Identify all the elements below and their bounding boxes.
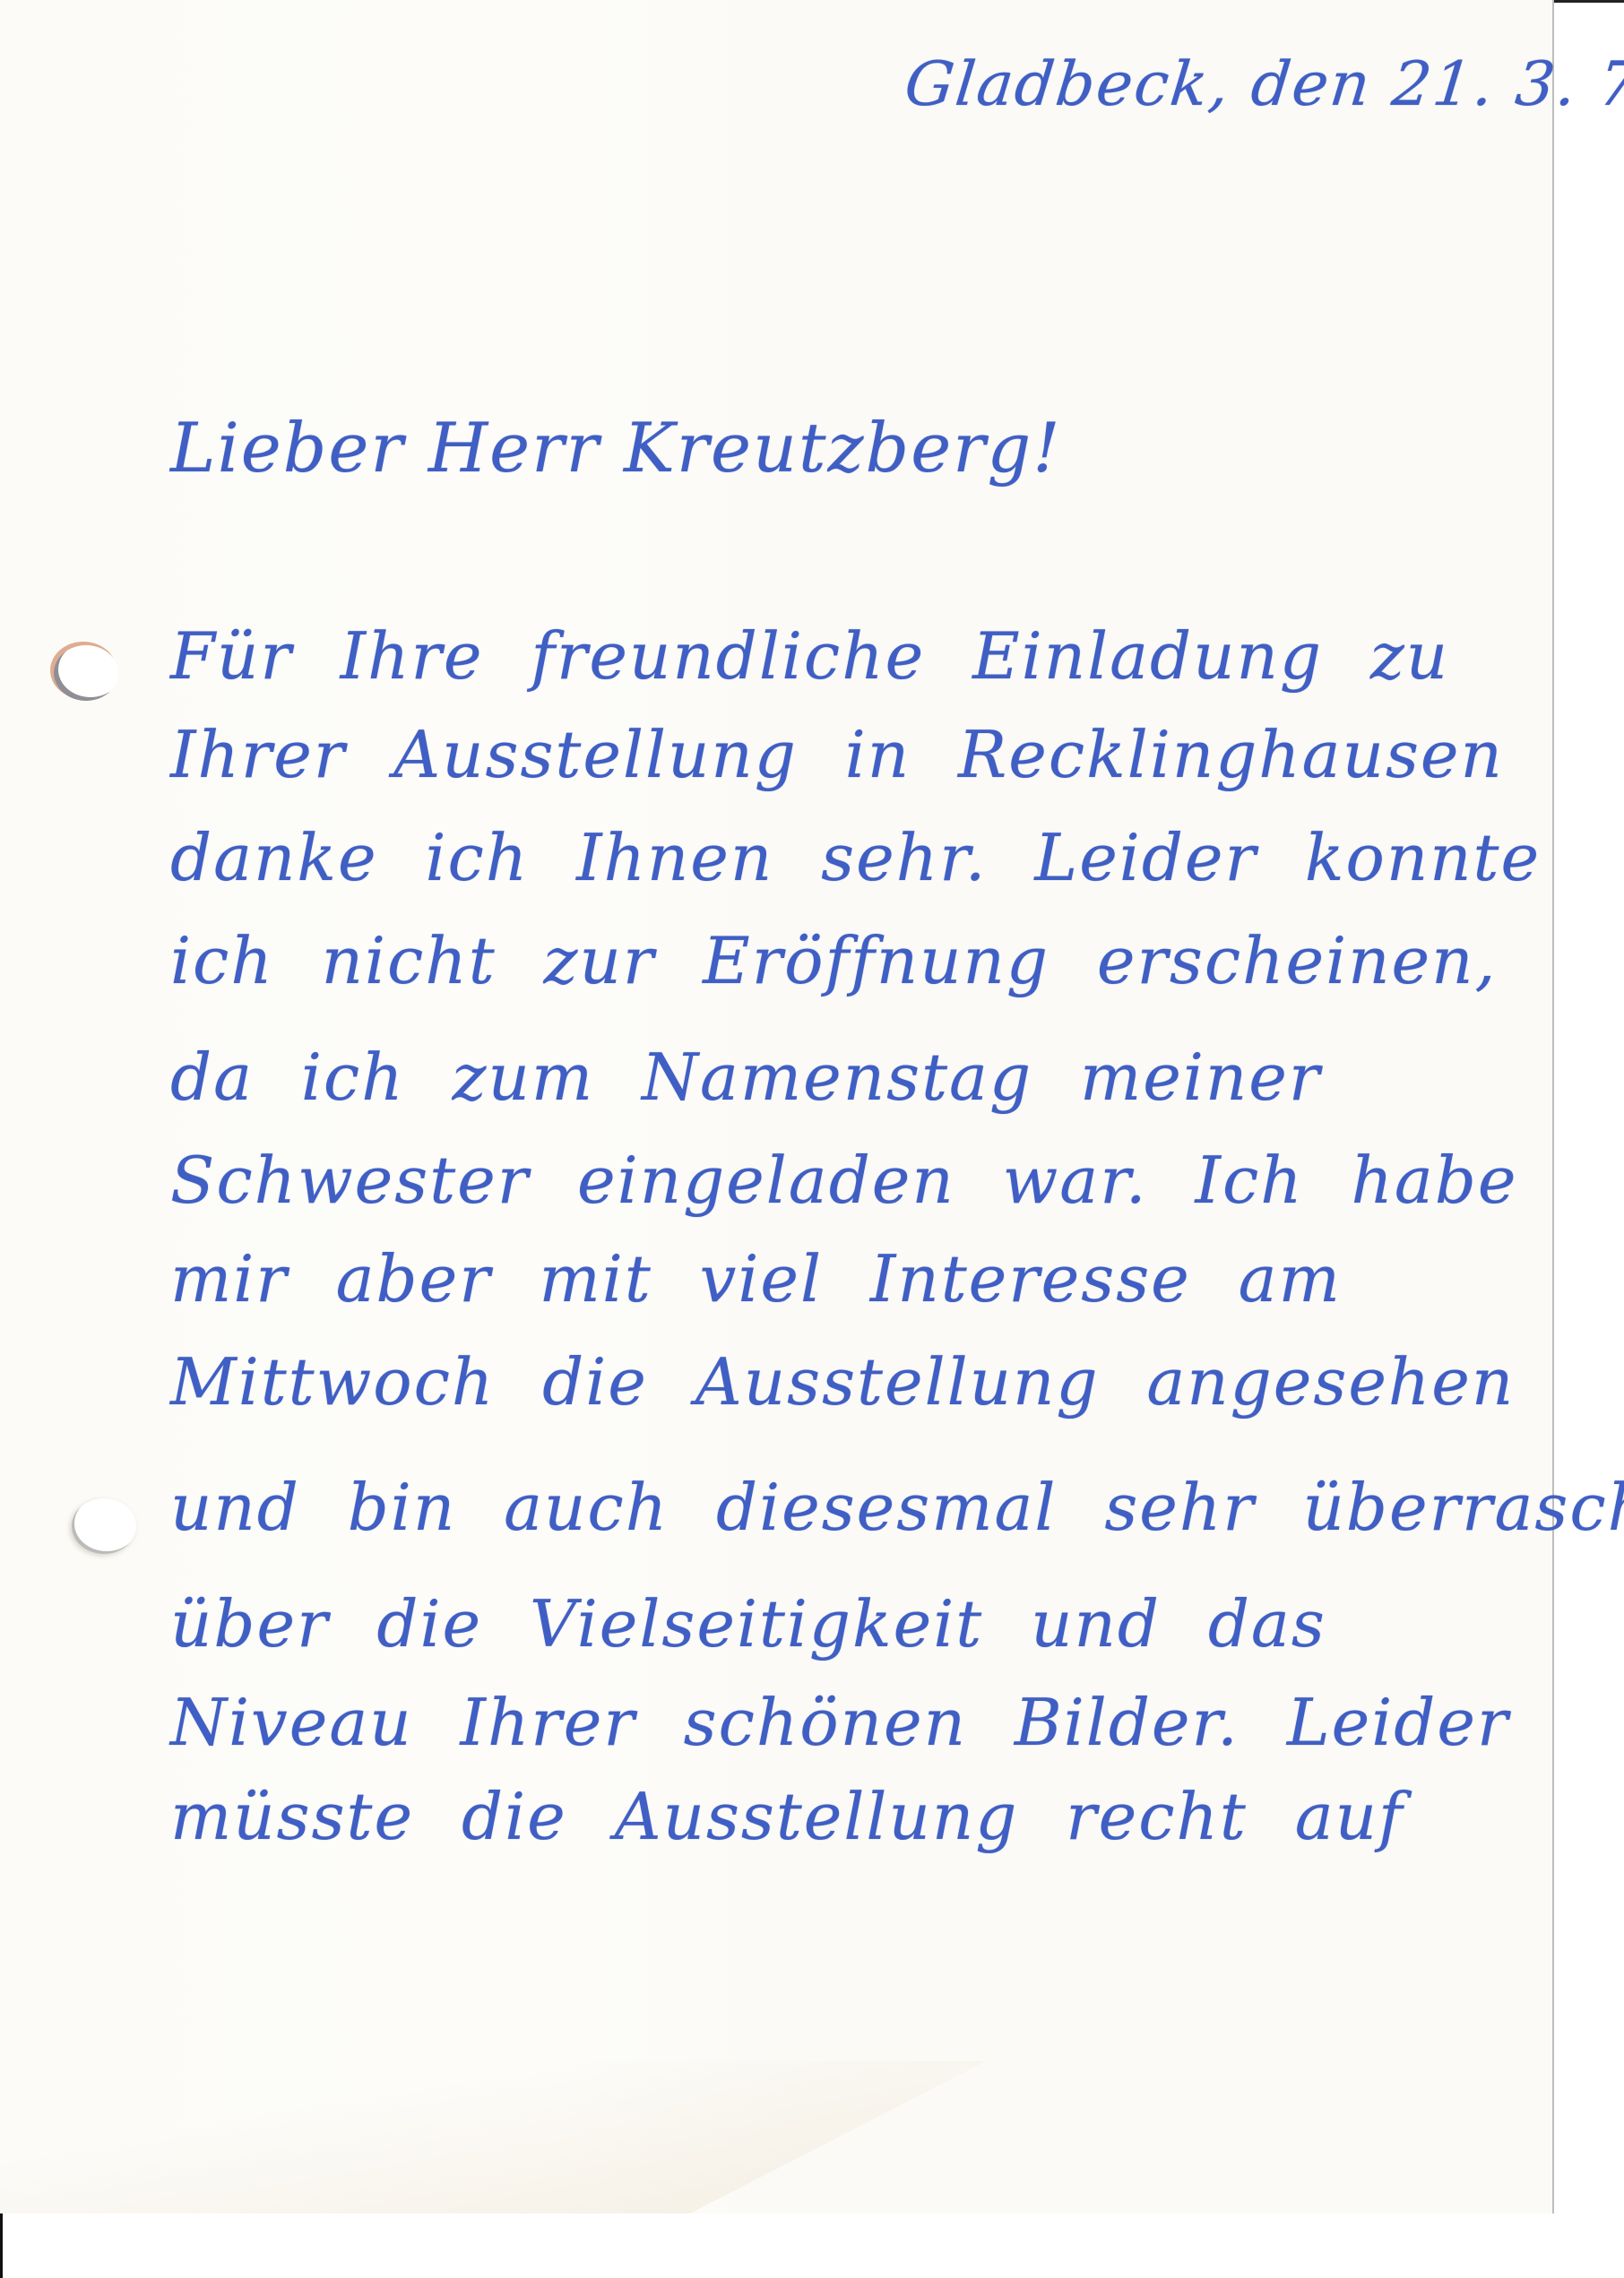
body-line: da ich zum Namenstag meiner [170, 1040, 1321, 1115]
body-line: und bin auch diesesmal sehr überrascht [170, 1470, 1624, 1545]
body-line: müsste die Ausstellung recht auf [170, 1779, 1404, 1854]
scan-edge-top [1554, 0, 1624, 3]
body-line: danke ich Ihnen sehr. Leider konnte [170, 820, 1541, 895]
body-line: ich nicht zur Eröffnung erscheinen, [170, 923, 1497, 998]
body-line: Für Ihre freundliche Einladung zu [170, 618, 1449, 694]
body-line: Niveau Ihrer schönen Bilder. Leider [170, 1685, 1509, 1760]
punch-hole-icon [72, 1498, 136, 1554]
punch-hole-icon [54, 645, 118, 701]
scan-background: Gladbeck, den 21. 3. 75 Lieber Herr Kreu… [0, 0, 1624, 2278]
body-line: Mittwoch die Ausstellung angesehen [170, 1344, 1515, 1419]
paper-aging-stain [0, 2061, 986, 2213]
scan-edge-left [0, 2213, 3, 2278]
letter-page: Gladbeck, den 21. 3. 75 Lieber Herr Kreu… [0, 0, 1554, 2213]
body-line: Ihrer Ausstellung in Recklinghausen [170, 717, 1504, 792]
body-line: Schwester eingeladen war. Ich habe [170, 1143, 1518, 1218]
body-line: mir aber mit viel Interesse am [170, 1241, 1342, 1316]
place-and-date: Gladbeck, den 21. 3. 75 [902, 49, 1624, 120]
body-line: über die Vielseitigkeit und das [170, 1586, 1326, 1661]
salutation: Lieber Herr Kreutzberg! [170, 408, 1062, 488]
